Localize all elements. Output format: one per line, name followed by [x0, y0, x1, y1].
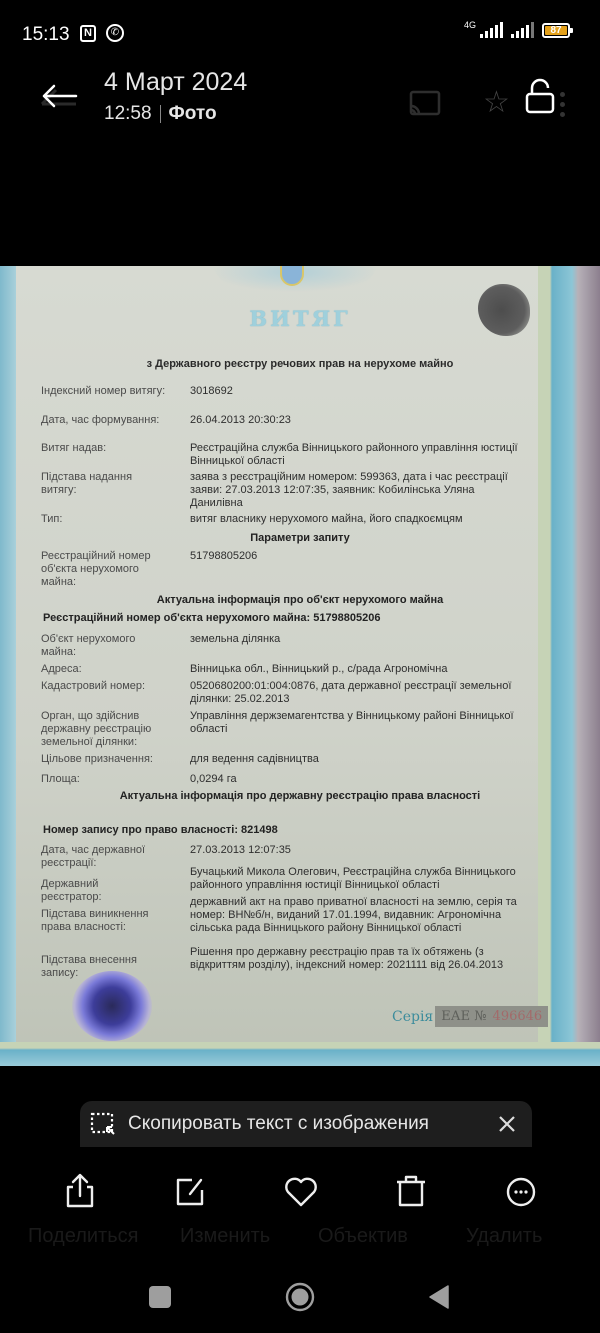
field-label: Кадастровий номер: — [41, 680, 181, 693]
copy-text-label[interactable]: Скопировать текст с изображения — [128, 1113, 496, 1135]
field-label: Витяг надав: — [41, 442, 181, 455]
field-label: Підстава надання витягу: — [41, 471, 151, 497]
document-series: Серія ЕАЕ №496646 — [392, 1006, 548, 1027]
photo-date: 4 Март 2024 — [104, 68, 247, 97]
frame-border — [538, 266, 600, 1066]
field-value: державний акт на право приватної власнос… — [190, 896, 545, 935]
series-number: 496646 — [493, 1009, 543, 1024]
section-heading: Актуальна інформація про об'єкт нерухомо… — [0, 594, 600, 606]
field-value: земельна ділянка — [190, 633, 540, 646]
field-value: 3018692 — [190, 385, 540, 398]
back-icon[interactable] — [428, 1284, 450, 1310]
field-value: 27.03.2013 12:07:35 — [190, 844, 540, 857]
battery-level: 87 — [545, 26, 567, 35]
object-reg-number: Реєстраційний номер об'єкта нерухомого м… — [43, 612, 381, 624]
cast-icon[interactable] — [408, 90, 442, 118]
field-value: Управління держземагентства у Вінницьком… — [190, 710, 530, 736]
close-icon[interactable] — [496, 1113, 518, 1135]
field-value: 0520680200:01:004:0876, дата державної р… — [190, 680, 530, 706]
field-label: Площа: — [41, 773, 181, 786]
status-time: 15:13 — [22, 24, 70, 46]
star-icon[interactable]: ☆ — [483, 88, 510, 118]
field-value: витяг власнику нерухомого майна, його сп… — [190, 513, 540, 526]
system-nav-bar — [0, 1265, 600, 1333]
document-title: ВИТЯГ — [0, 306, 600, 331]
field-label: Адреса: — [41, 663, 181, 676]
field-label: Підстава виникнення права власності: — [41, 908, 166, 934]
field-label: Дата, час формування: — [41, 414, 181, 427]
field-label: Дата, час державної реєстрації: — [41, 844, 161, 870]
field-value: 0,0294 га — [190, 773, 540, 786]
ownership-record-number: Номер запису про право власності: 821498 — [43, 824, 278, 836]
section-heading: Актуальна інформація про державну реєстр… — [0, 790, 600, 802]
field-label: Об'єкт нерухомого майна: — [41, 633, 156, 659]
battery-icon: 87 — [542, 23, 570, 38]
delete-button[interactable] — [389, 1170, 433, 1214]
field-label: Орган, що здійснив державну реєстрацію з… — [41, 710, 161, 749]
field-value: для ведення садівництва — [190, 753, 540, 766]
favorite-button[interactable] — [279, 1170, 323, 1214]
share-button[interactable] — [58, 1170, 102, 1214]
field-value: 51798805206 — [190, 550, 540, 563]
document-subtitle: з Державного реєстру речових прав на нер… — [0, 358, 600, 370]
more-horiz-icon — [499, 1170, 543, 1214]
photo-type: Фото — [169, 103, 217, 125]
field-value: Вінницька обл., Вінницький р., с/рада Аг… — [190, 663, 540, 676]
series-code: ЕАЕ № — [441, 1009, 486, 1024]
home-icon[interactable] — [285, 1282, 315, 1312]
document-photo[interactable]: ВИТЯГ з Державного реєстру речових прав … — [0, 266, 600, 1066]
heart-icon — [279, 1170, 323, 1214]
recents-icon[interactable] — [149, 1286, 171, 1308]
hologram-seal — [72, 971, 152, 1041]
photo-meta: 12:58 Фото — [104, 103, 217, 125]
signal-icon — [511, 22, 534, 38]
field-value: Реєстраційна служба Вінницького районног… — [190, 442, 530, 468]
copy-text-chip[interactable]: Скопировать текст с изображения — [80, 1101, 532, 1147]
field-value: заява з реєстраційним номером: 599363, д… — [190, 471, 525, 510]
back-arrow-icon — [36, 78, 80, 114]
field-label: Реєстраційний номер об'єкта нерухомого м… — [41, 550, 161, 589]
frame-border — [0, 266, 16, 1066]
more-button[interactable] — [499, 1170, 543, 1214]
series-box: ЕАЕ №496646 — [435, 1006, 548, 1027]
share-icon — [58, 1170, 102, 1214]
more-vert-icon[interactable] — [560, 92, 566, 122]
edit-icon — [168, 1170, 212, 1214]
photo-time: 12:58 — [104, 103, 152, 125]
trash-icon — [389, 1170, 433, 1214]
back-button[interactable] — [36, 78, 80, 114]
signal-icon — [480, 22, 503, 38]
field-label: Цільове призначення: — [41, 753, 181, 766]
field-value: Бучацький Микола Олегович, Реєстраційна … — [190, 866, 540, 892]
status-indicators: 4G 87 — [464, 22, 570, 38]
frame-border — [0, 1042, 600, 1066]
series-label: Серія — [392, 1009, 433, 1025]
unlock-icon[interactable] — [524, 78, 556, 114]
section-heading: Параметри запиту — [0, 532, 600, 544]
field-label: Індексний номер витягу: — [41, 385, 181, 398]
field-label: Тип: — [41, 513, 181, 526]
viewer-header: 4 Март 2024 12:58 Фото ☆ — [0, 60, 600, 140]
field-value: 26.04.2013 20:30:23 — [190, 414, 540, 427]
edit-button[interactable] — [168, 1170, 212, 1214]
text-select-icon — [90, 1112, 116, 1136]
nfc-icon: N — [80, 25, 96, 42]
network-type: 4G — [464, 20, 476, 30]
field-label: Державний реєстратор: — [41, 878, 131, 904]
viber-icon: ✆ — [106, 24, 124, 42]
action-bar — [0, 1160, 600, 1260]
divider — [160, 105, 161, 123]
field-value: Рішення про державну реєстрацію прав та … — [190, 946, 540, 972]
